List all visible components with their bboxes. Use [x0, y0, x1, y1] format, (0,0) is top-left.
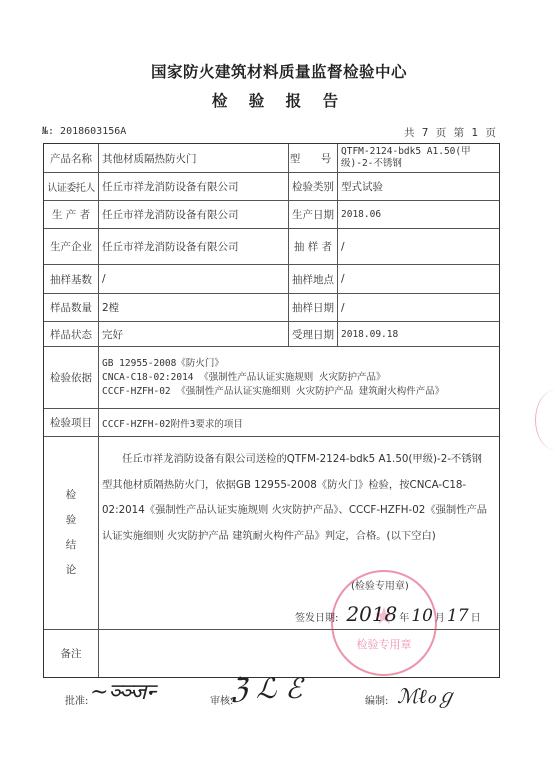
report-table: 产品名称 其他材质隔热防火门 型 号 QTFM-2124-bdk5 A1.50(…	[43, 143, 500, 678]
row-items: 检验项目 CCCF-HZFH-02附件3要求的项目	[44, 409, 499, 437]
sample-quantity-label: 样品数量	[44, 294, 99, 321]
report-number: №: 2018603156A	[42, 126, 126, 137]
row-basis: 检验依据 GB 12955-2008《防火门》 CNCA-C18-02:2014…	[44, 347, 499, 409]
compile-label: 编制:	[365, 692, 388, 707]
remarks-value	[99, 630, 499, 677]
items-value: CCCF-HZFH-02附件3要求的项目	[99, 409, 499, 436]
approve-signature: ~ञ्ञ्जन्‍	[90, 676, 154, 706]
year-unit: 年	[399, 609, 409, 624]
conclusion-label-char: 论	[66, 558, 77, 583]
production-date-value: 2018.06	[338, 201, 499, 228]
page-info: 共 7 页 第 1 页	[404, 125, 498, 140]
issue-date-label: 签发日期:	[295, 609, 338, 624]
stamp-label: 检验专用章	[333, 636, 435, 652]
conclusion-body: 任丘市祥龙消防设备有限公司送检的QTFM-2124-bdk5 A1.50(甲级)…	[99, 437, 499, 629]
basis-label: 检验依据	[44, 347, 99, 408]
sample-status-value: 完好	[99, 322, 289, 346]
items-label: 检验项目	[44, 409, 99, 436]
issue-month: 10	[411, 606, 433, 626]
sampling-place-value: /	[338, 265, 499, 293]
edge-stamp-mark	[535, 390, 558, 450]
sampling-place-label: 抽样地点	[289, 265, 338, 293]
conclusion-label: 检 验 结 论	[44, 437, 99, 629]
test-type-label: 检验类别	[289, 173, 338, 200]
document-title: 检 验 报 告	[0, 89, 558, 111]
row-sample-status: 样品状态 完好 受理日期 2018.09.18	[44, 322, 499, 347]
issue-day: 17	[447, 606, 469, 626]
organization-title: 国家防火建筑材料质量监督检验中心	[0, 60, 558, 82]
row-sample-quantity: 样品数量 2樘 抽样日期 /	[44, 294, 499, 322]
review-signature: ℨ ℒ ℰ	[230, 672, 302, 705]
sampling-date-value: /	[338, 294, 499, 321]
row-manufacturer: 生 产 者 任丘市祥龙消防设备有限公司 生产日期 2018.06	[44, 201, 499, 229]
model-label: 型 号	[289, 144, 338, 172]
sample-quantity-value: 2樘	[99, 294, 289, 321]
sample-status-label: 样品状态	[44, 322, 99, 346]
row-client: 认证委托人 任丘市祥龙消防设备有限公司 检验类别 型式试验	[44, 173, 499, 201]
factory-value: 任丘市祥龙消防设备有限公司	[99, 229, 289, 264]
basis-list: GB 12955-2008《防火门》 CNCA-C18-02:2014 《强制性…	[99, 347, 499, 408]
model-value: QTFM-2124-bdk5 A1.50(甲级)-2-不锈钢	[338, 144, 499, 172]
acceptance-date-label: 受理日期	[289, 322, 338, 346]
sampler-label: 抽 样 者	[289, 229, 338, 264]
manufacturer-label: 生 产 者	[44, 201, 99, 228]
row-factory: 生产企业 任丘市祥龙消防设备有限公司 抽 样 者 /	[44, 229, 499, 265]
sampling-base-label: 抽样基数	[44, 265, 99, 293]
issue-year: 2018	[346, 602, 397, 626]
manufacturer-value: 任丘市祥龙消防设备有限公司	[99, 201, 289, 228]
seal-note: (检验专用章)	[351, 577, 409, 592]
sampler-value: /	[338, 229, 499, 264]
factory-label: 生产企业	[44, 229, 99, 264]
basis-line: GB 12955-2008《防火门》	[102, 357, 224, 371]
row-sampling-base: 抽样基数 / 抽样地点 /	[44, 265, 499, 294]
conclusion-text: 任丘市祥龙消防设备有限公司送检的QTFM-2124-bdk5 A1.50(甲级)…	[102, 447, 491, 549]
issue-date: 签发日期: 2018 年 10 月 17 日	[295, 602, 481, 626]
day-unit: 日	[471, 609, 481, 624]
sampling-base-value: /	[99, 265, 289, 293]
client-value: 任丘市祥龙消防设备有限公司	[99, 173, 289, 200]
sampling-date-label: 抽样日期	[289, 294, 338, 321]
approve-label: 批准:	[65, 692, 88, 707]
conclusion-label-char: 检	[66, 483, 77, 508]
basis-line: CCCF-HZFH-02 《强制性产品认证实施细则 火灾防护产品 建筑耐火构件产…	[102, 385, 444, 399]
acceptance-date-value: 2018.09.18	[338, 322, 499, 346]
client-label: 认证委托人	[44, 173, 99, 200]
row-conclusion: 检 验 结 论 任丘市祥龙消防设备有限公司送检的QTFM-2124-bdk5 A…	[44, 437, 499, 630]
month-unit: 月	[435, 609, 445, 624]
conclusion-label-char: 结	[66, 533, 77, 558]
basis-line: CNCA-C18-02:2014 《强制性产品认证实施规则 火灾防护产品》	[102, 371, 385, 385]
row-product-name: 产品名称 其他材质隔热防火门 型 号 QTFM-2124-bdk5 A1.50(…	[44, 144, 499, 173]
product-name-value: 其他材质隔热防火门	[99, 144, 289, 172]
conclusion-label-char: 验	[66, 508, 77, 533]
test-type-value: 型式试验	[338, 173, 499, 200]
production-date-label: 生产日期	[289, 201, 338, 228]
remarks-label: 备注	[44, 630, 99, 677]
compile-signature: ℳℓℴℊ	[397, 680, 456, 709]
product-name-label: 产品名称	[44, 144, 99, 172]
